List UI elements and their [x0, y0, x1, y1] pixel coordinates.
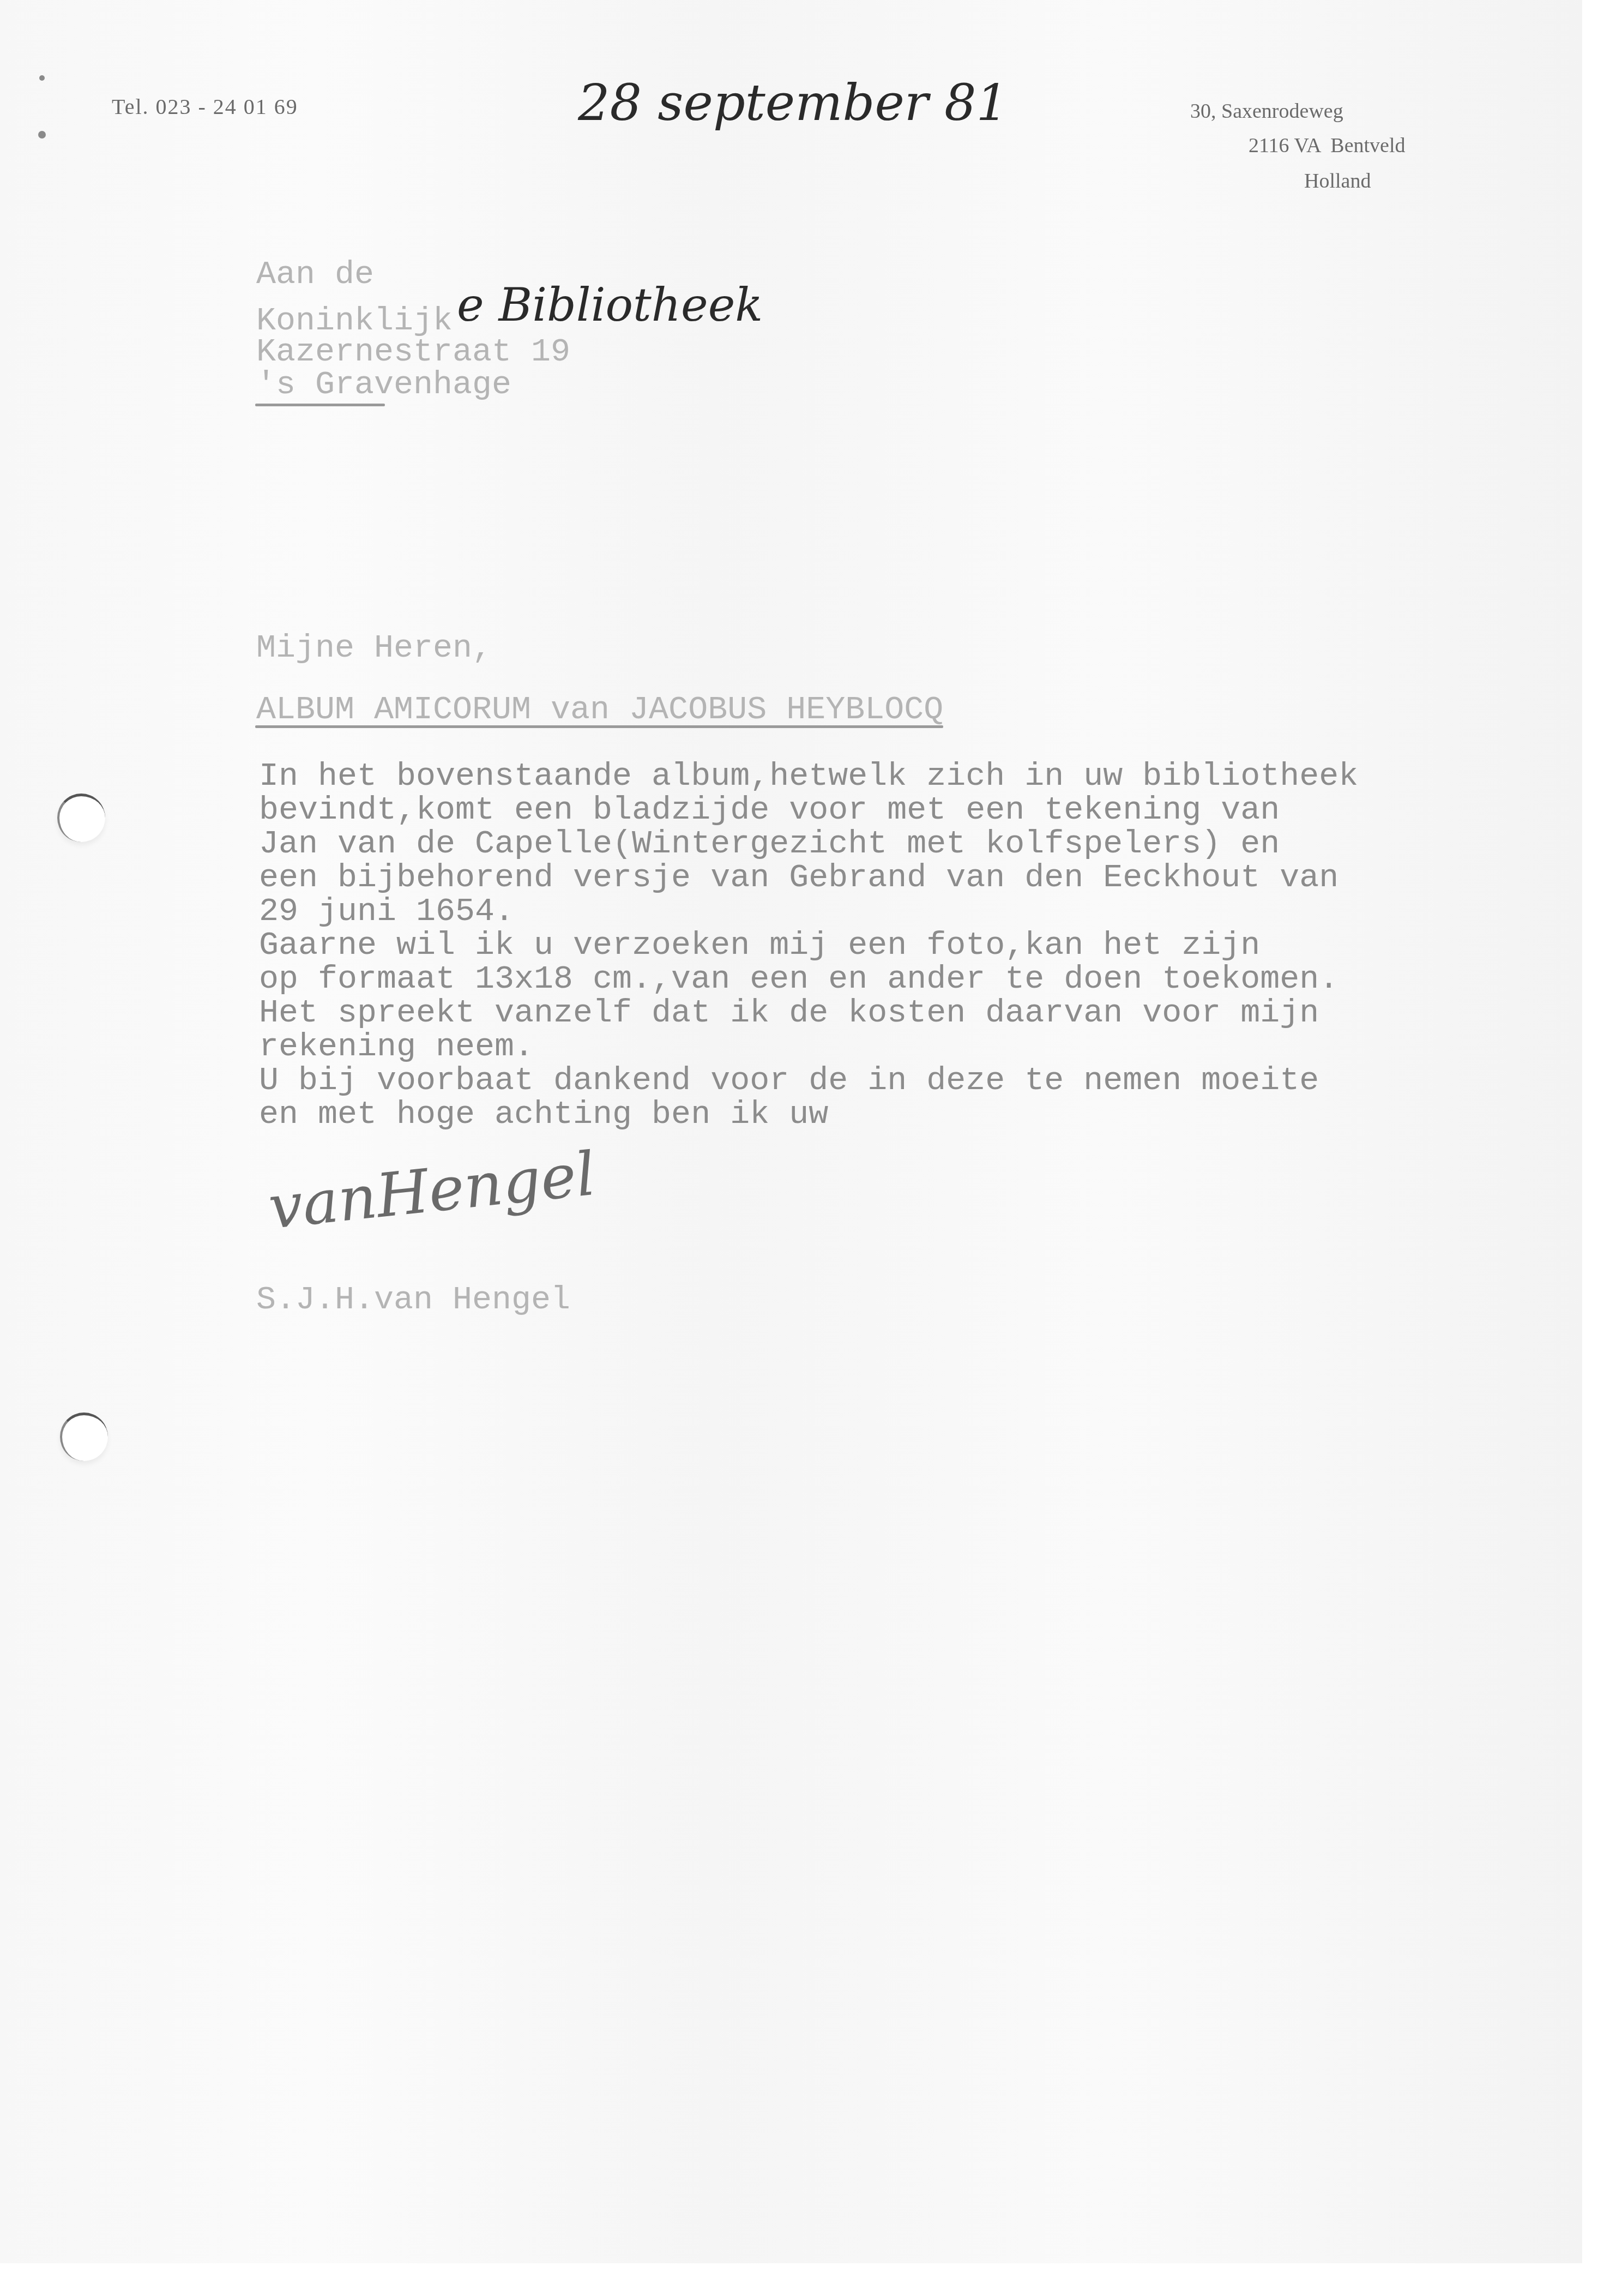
letterhead-address-line-1: 30, Saxenrodeweg	[1190, 99, 1343, 123]
body-line: 29 juni 1654.	[259, 893, 514, 930]
salutation: Mijne Heren,	[256, 630, 492, 667]
signature-handwritten: vanHengel	[266, 1139, 599, 1242]
ink-speck	[39, 75, 45, 81]
recipient-underline	[255, 404, 385, 406]
date-handwritten: 28 september 81	[578, 74, 1008, 132]
punch-hole-lower	[60, 1413, 108, 1461]
body-line: In het bovenstaande album,hetwelk zich i…	[259, 758, 1358, 795]
body-line: Jan van de Capelle(Wintergezicht met kol…	[259, 826, 1280, 863]
body-line: Het spreekt vanzelf dat ik de kosten daa…	[259, 995, 1319, 1032]
body-line: op formaat 13x18 cm.,van een en ander te…	[259, 961, 1338, 998]
letterhead-address-line-2: 2116 VA Bentveld	[1249, 134, 1406, 158]
body-line: bevindt,komt een bladzijde voor met een …	[259, 792, 1280, 829]
subject-line: ALBUM AMICORUM van JACOBUS HEYBLOCQ	[256, 692, 943, 729]
recipient-line-4: 's Gravenhage	[256, 366, 511, 404]
letterhead-phone: Tel. 023 - 24 01 69	[112, 94, 298, 119]
recipient-line-3: Kazernestraat 19	[256, 334, 570, 371]
recipient-line-2-handwritten: e Bibliotheek	[457, 278, 763, 332]
body-line: U bij voorbaat dankend voor de in deze t…	[259, 1062, 1319, 1099]
body-line: Gaarne wil ik u verzoeken mij een foto,k…	[259, 927, 1260, 964]
body-line: rekening neem.	[259, 1029, 534, 1066]
punch-hole-upper	[57, 794, 105, 842]
body-line: en met hoge achting ben ik uw	[259, 1096, 828, 1133]
body-line: een bijbehorend versje van Gebrand van d…	[259, 860, 1338, 897]
signatory-name: S.J.H.van Hengel	[256, 1282, 570, 1319]
letterhead-address-line-3: Holland	[1304, 169, 1371, 193]
letter-page: Tel. 023 - 24 01 69 28 september 81 30, …	[0, 0, 1582, 2263]
ink-speck	[38, 131, 46, 139]
recipient-line-1: Aan de	[256, 256, 374, 293]
subject-underline	[255, 725, 943, 728]
